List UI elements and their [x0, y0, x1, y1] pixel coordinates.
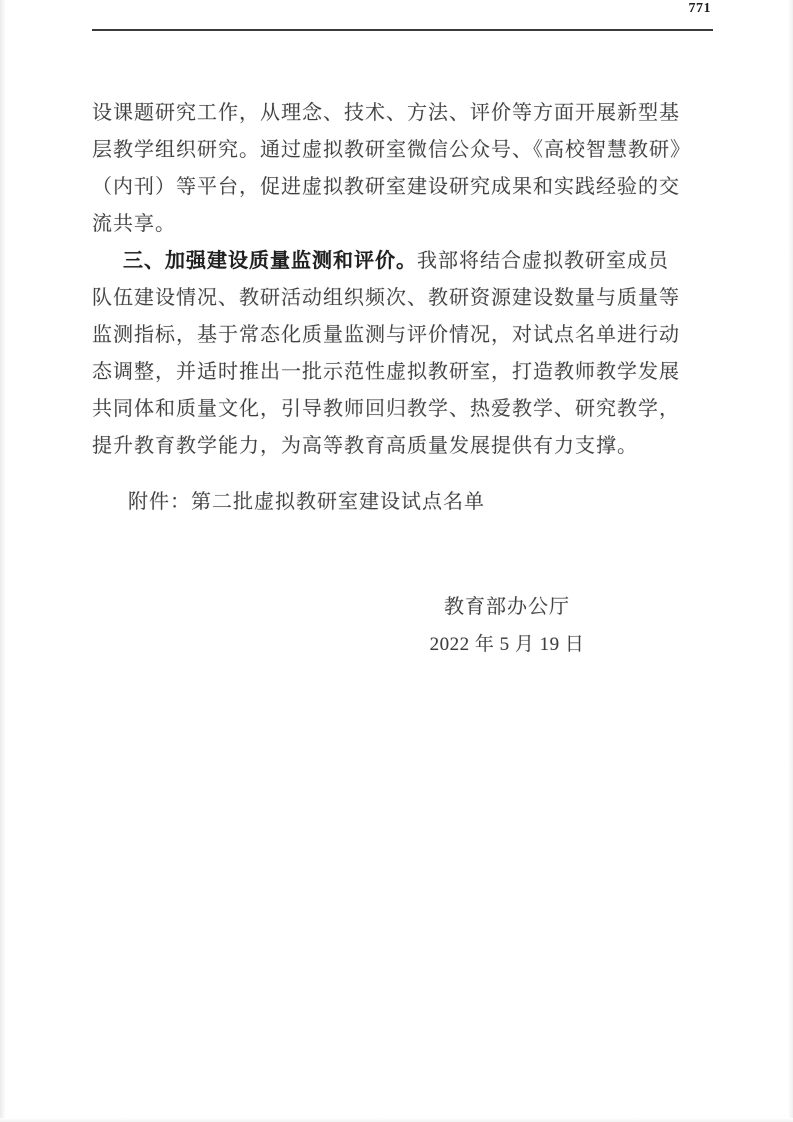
body-line: 流共享。: [92, 206, 692, 243]
body-line-with-heading: 三、加强建设质量监测和评价。我部将结合虚拟教研室成员: [92, 243, 692, 280]
body-text-span: 我部将结合虚拟教研室成员: [417, 250, 669, 272]
page-number: 771: [689, 1, 712, 17]
body-line: 态调整，并适时推出一批示范性虚拟教研室，打造教师教学发展: [92, 354, 692, 391]
scan-edge-left: [0, 0, 6, 1122]
section-heading: 三、加强建设质量监测和评价。: [123, 250, 417, 272]
paragraph-continuation: 设课题研究工作，从理念、技术、方法、评价等方面开展新型基 层教学组织研究。通过虚…: [92, 95, 692, 243]
paragraph-section-three: 三、加强建设质量监测和评价。我部将结合虚拟教研室成员 队伍建设情况、教研活动组织…: [92, 243, 692, 465]
body-line: 队伍建设情况、教研活动组织频次、教研资源建设数量与质量等: [92, 280, 692, 317]
document-body: 设课题研究工作，从理念、技术、方法、评价等方面开展新型基 层教学组织研究。通过虚…: [92, 95, 692, 465]
body-line: 提升教育教学能力，为高等教育高质量发展提供有力支撑。: [92, 428, 692, 465]
signer-name: 教育部办公厅: [377, 588, 637, 626]
body-line: 监测指标，基于常态化质量监测与评价情况，对试点名单进行动: [92, 317, 692, 354]
scanned-document-page: 771 设课题研究工作，从理念、技术、方法、评价等方面开展新型基 层教学组织研究…: [0, 0, 793, 1122]
scan-edge-bottom: [0, 1118, 793, 1122]
signature-date: 2022 年 5 月 19 日: [377, 626, 637, 664]
body-line: 设课题研究工作，从理念、技术、方法、评价等方面开展新型基: [92, 95, 692, 132]
body-line: 层教学组织研究。通过虚拟教研室微信公众号、《高校智慧教研》: [92, 132, 692, 169]
attachment-line: 附件：第二批虚拟教研室建设试点名单: [92, 484, 728, 521]
scan-edge-right: [788, 0, 793, 1122]
header-rule: [92, 29, 713, 31]
body-line: 共同体和质量文化，引导教师回归教学、热爱教学、研究教学，: [92, 391, 692, 428]
body-line: （内刊）等平台，促进虚拟教研室建设研究成果和实践经验的交: [92, 169, 692, 206]
signature-block: 教育部办公厅 2022 年 5 月 19 日: [377, 588, 637, 664]
